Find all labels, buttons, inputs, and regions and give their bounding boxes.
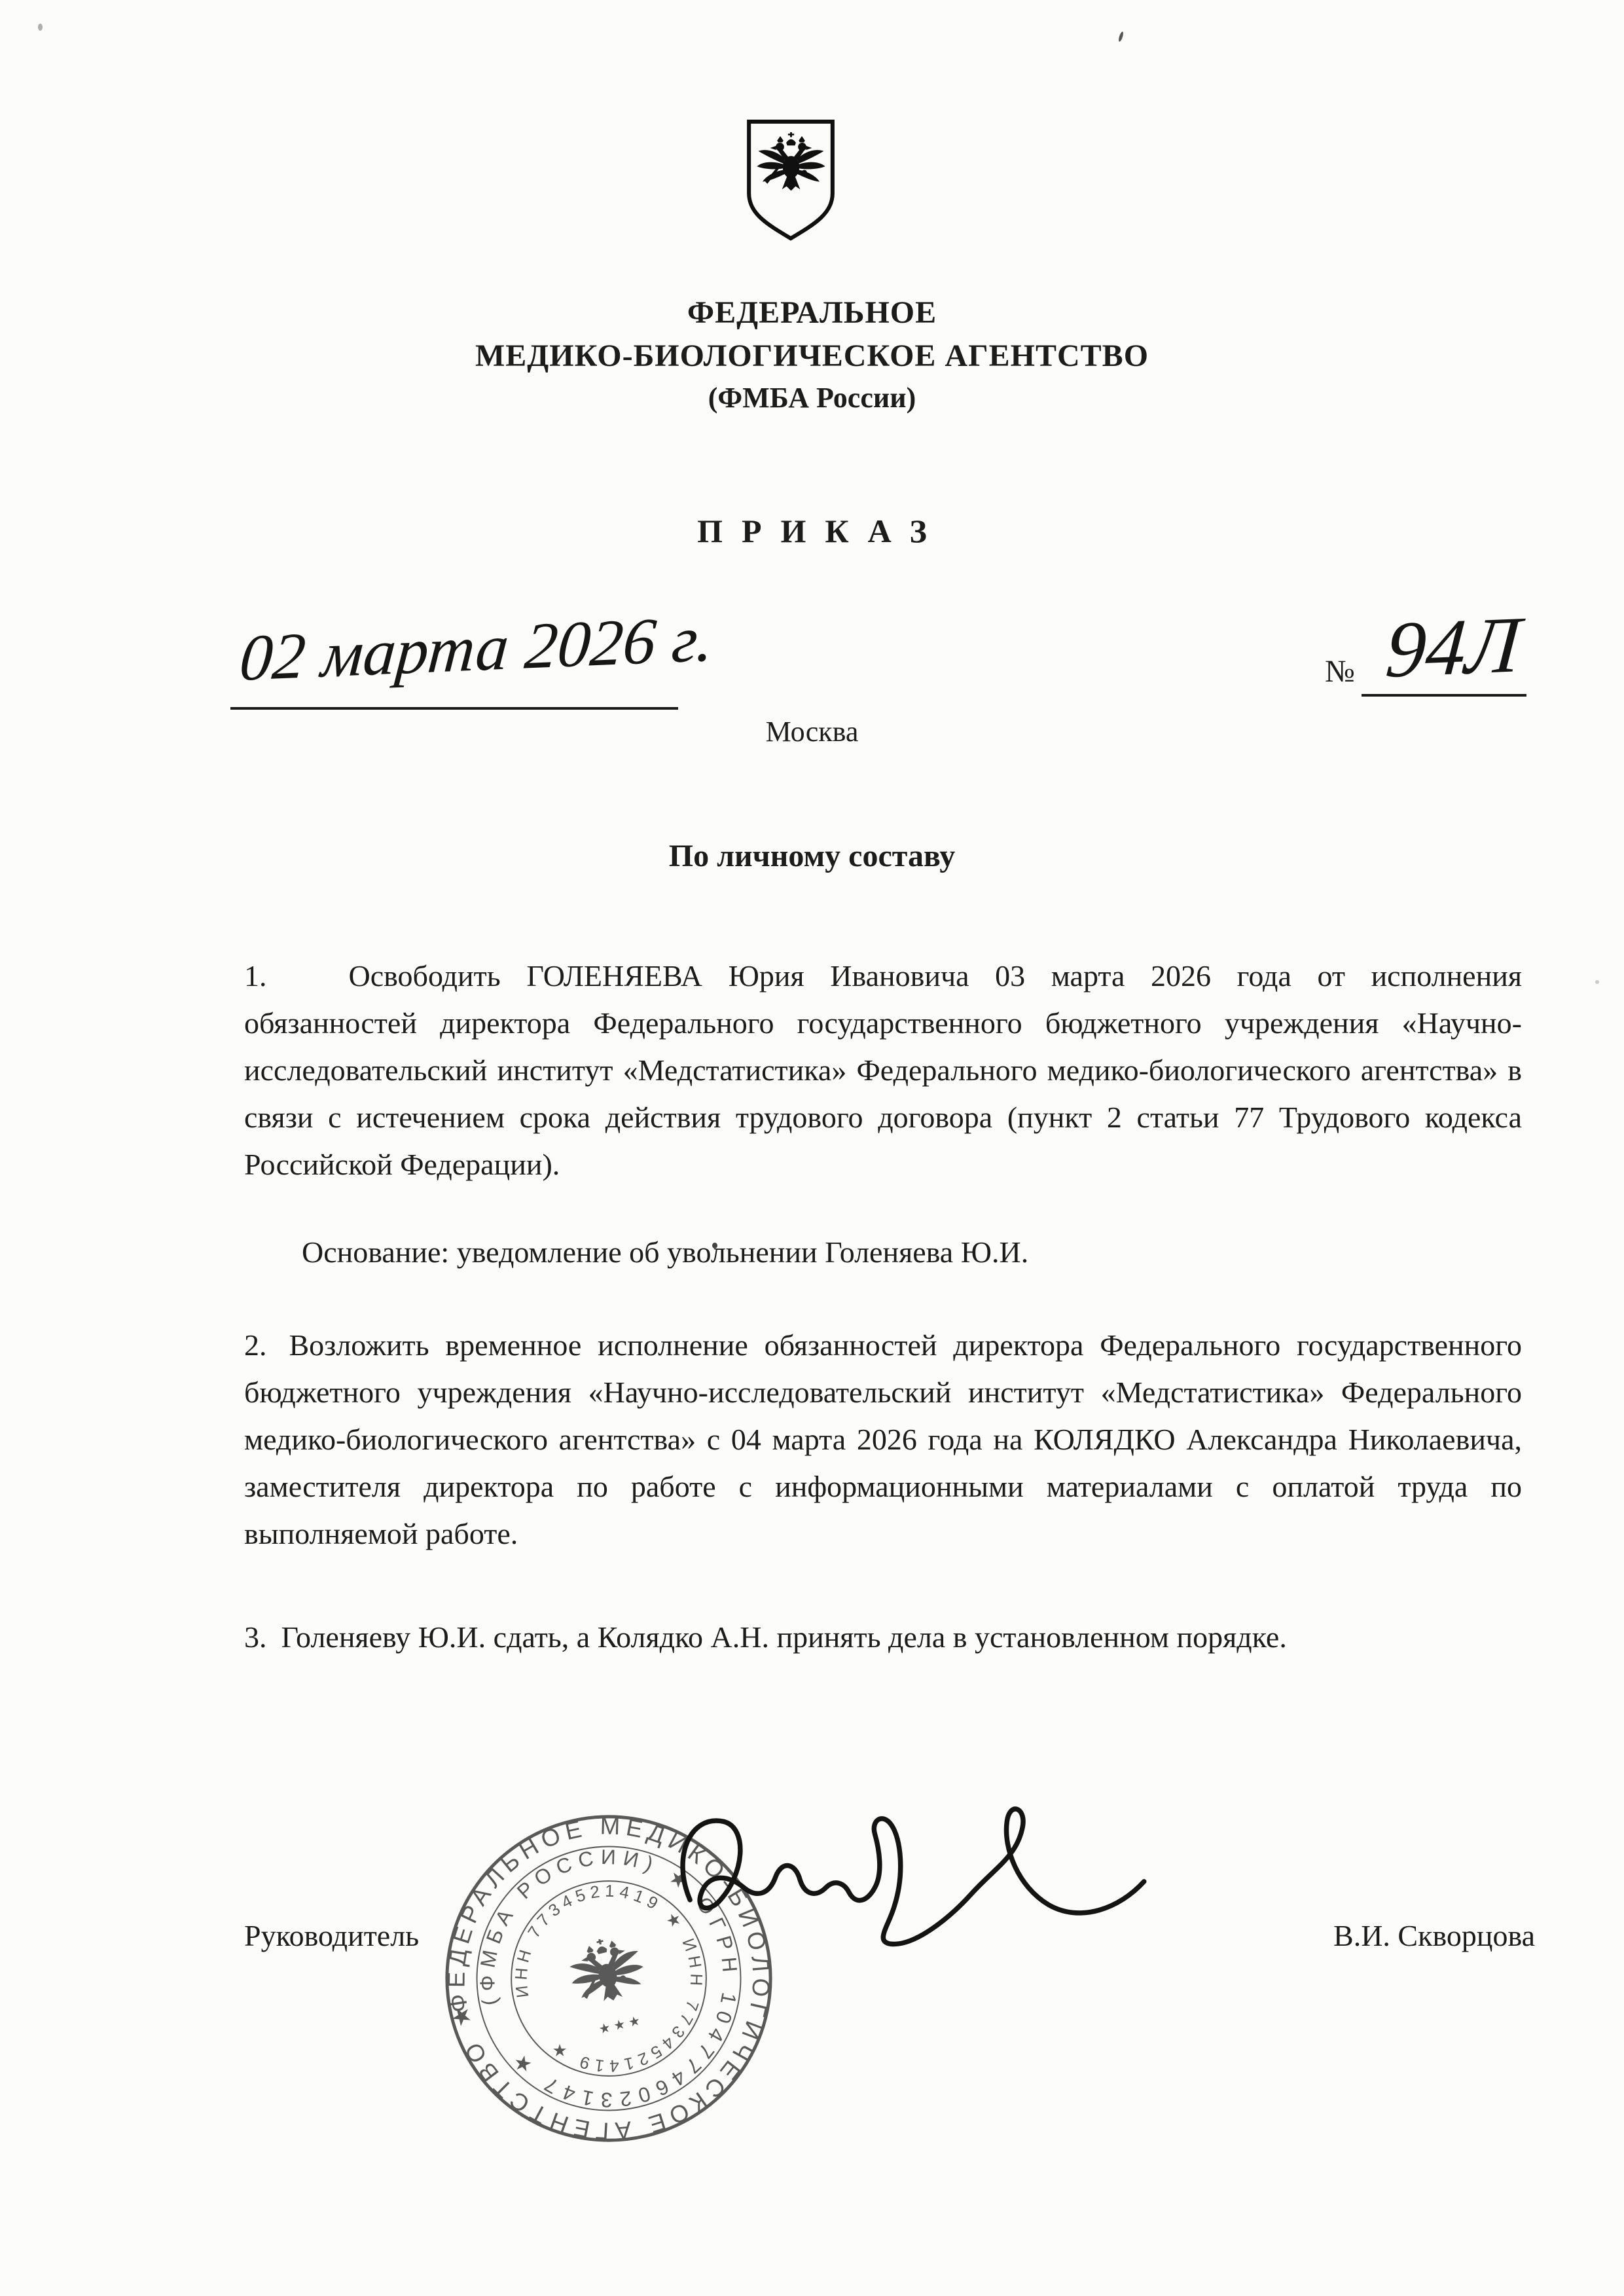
order-item-1: 1.Освободить ГОЛЕНЯЕВА Юрия Ивановича 03… xyxy=(244,953,1522,1188)
handwritten-signature-icon xyxy=(625,1777,1208,2059)
org-name-line2: МЕДИКО-БИОЛОГИЧЕСКОЕ АГЕНТСТВО xyxy=(0,338,1624,374)
city-label: Москва xyxy=(0,715,1624,748)
signer-name: В.И. Скворцова xyxy=(1333,1918,1535,1953)
scanned-order-page: ФЕДЕРАЛЬНОЕ МЕДИКО-БИОЛОГИЧЕСКОЕ АГЕНТСТ… xyxy=(0,0,1624,2296)
scan-speck xyxy=(1118,31,1125,43)
doc-title: ПРИКАЗ xyxy=(0,512,1624,550)
scan-speck xyxy=(712,1243,717,1248)
subject-heading: По личному составу xyxy=(0,838,1624,874)
coat-of-arms-icon xyxy=(741,110,840,253)
handwritten-order-number: 94Л xyxy=(1382,599,1524,697)
number-underline xyxy=(1362,694,1526,697)
item-1-number: 1. xyxy=(244,959,267,993)
basis-line: Основание: уведомление об увольнении Гол… xyxy=(244,1229,1522,1276)
date-underline xyxy=(230,707,678,710)
item-1-text: Освободить ГОЛЕНЯЕВА Юрия Ивановича 03 м… xyxy=(244,959,1522,1181)
handwritten-date: 02 марта 2026 г. xyxy=(237,600,716,696)
org-short-name: (ФМБА России) xyxy=(0,381,1624,414)
signer-position: Руководитель xyxy=(244,1918,419,1953)
order-item-2: 2.Возложить временное исполнение обязанн… xyxy=(244,1322,1522,1558)
scan-speck xyxy=(1595,980,1599,984)
item-3-text: Голеняеву Ю.И. сдать, а Колядко А.Н. при… xyxy=(281,1620,1287,1654)
item-2-text: Возложить временное исполнение обязаннос… xyxy=(244,1328,1522,1550)
number-sign-label: № xyxy=(1325,653,1355,689)
order-body: 1.Освободить ГОЛЕНЯЕВА Юрия Ивановича 03… xyxy=(244,953,1522,1661)
item-3-number: 3. xyxy=(244,1620,267,1654)
order-item-3: 3.Голеняеву Ю.И. сдать, а Колядко А.Н. п… xyxy=(244,1614,1522,1661)
org-name-line1: ФЕДЕРАЛЬНОЕ xyxy=(0,295,1624,331)
item-2-number: 2. xyxy=(244,1328,267,1362)
scan-speck xyxy=(38,24,43,31)
